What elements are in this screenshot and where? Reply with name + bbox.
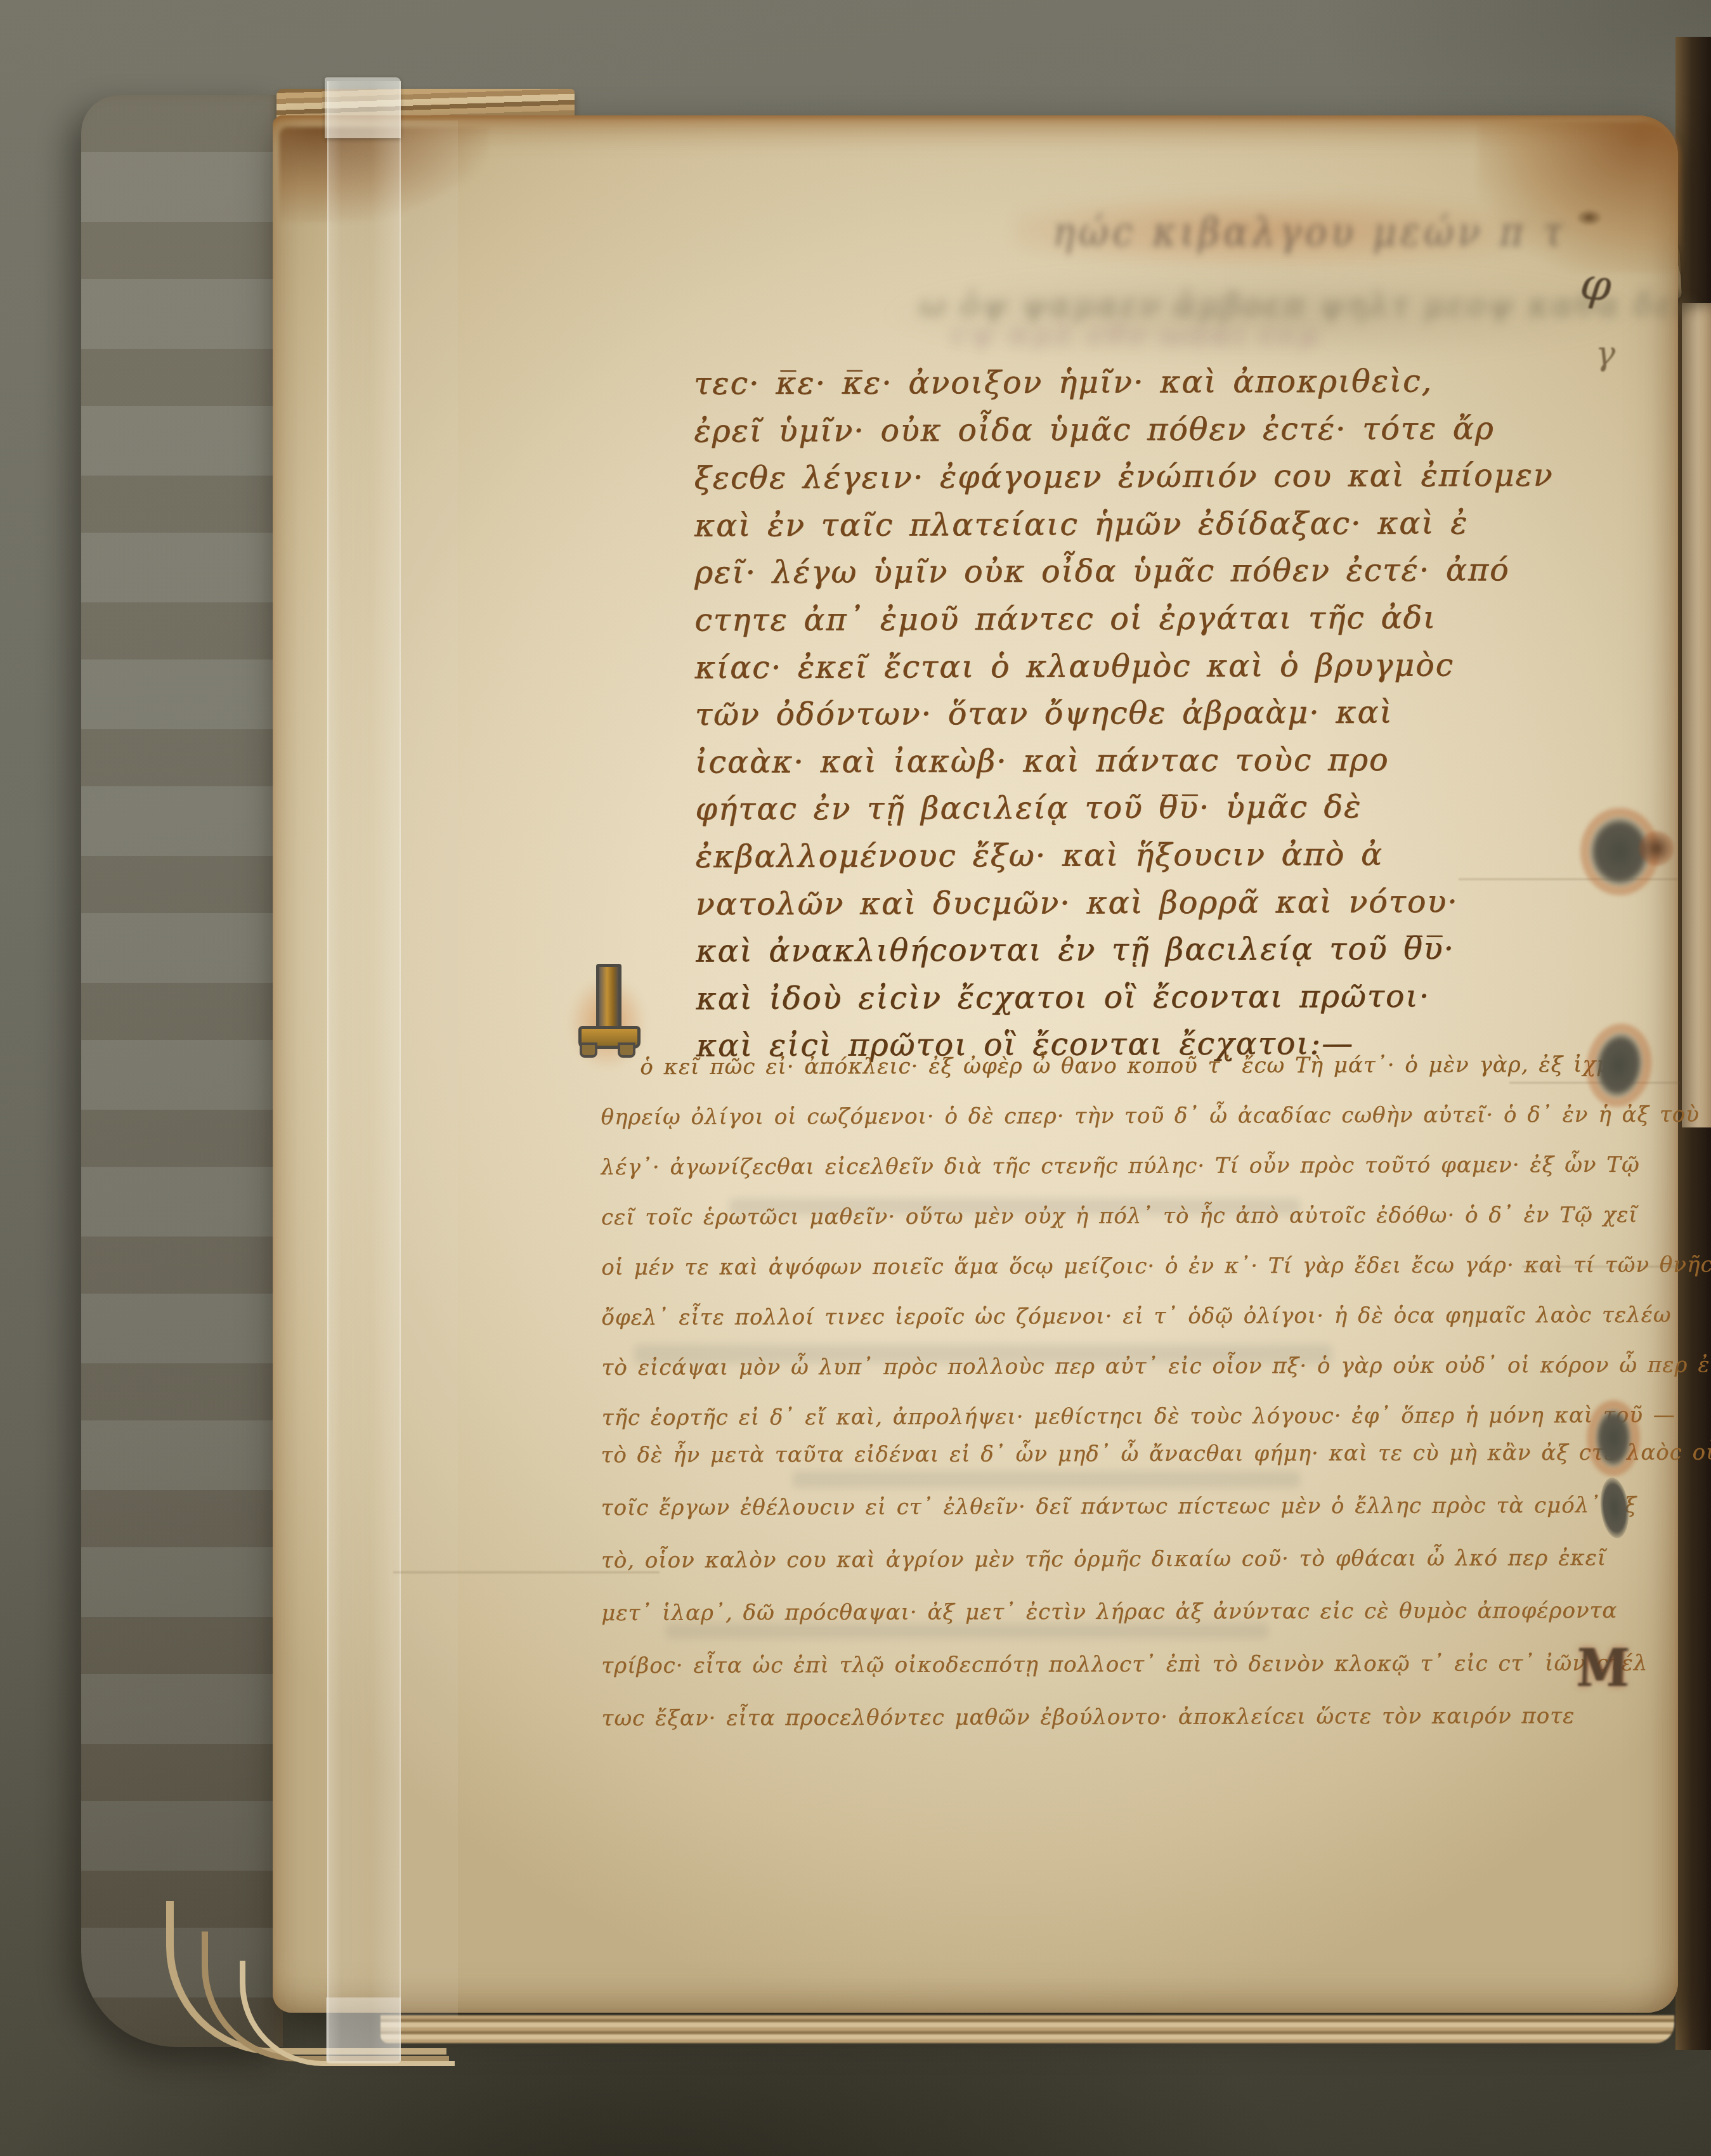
manuscript-codex: ηώϲ κιβαλγου μεών π τ ω ὀψ ψαμαεν ἀμβοεπ…	[0, 0, 1711, 2156]
text-line: καὶ ἰδοὺ εἰϲὶν ἔϲχατοι οἳ ἔϲονται πρῶτοι…	[696, 972, 1628, 1023]
text-line: ἐρεῖ ὑμῖν· οὐκ οἶδα ὑμᾶϲ πόθεν ἐϲτέ· τότ…	[694, 405, 1626, 455]
text-line: θηρείῳ ὀλίγοι οἱ ϲωζόμενοι· ὁ δὲ ϲπερ· τ…	[601, 1090, 1615, 1143]
left-page-edges-shading	[81, 95, 283, 2047]
text-line: ἐκβαλλομένουϲ ἔξω· καὶ ἥξουϲιν ἀπὸ ἀ	[696, 830, 1628, 881]
text-line: καὶ ἐν ταῖϲ πλατείαιϲ ἡμῶν ἐδίδαξαϲ· καὶ…	[694, 499, 1627, 550]
ornament-stem	[596, 964, 621, 1036]
text-line: νατολῶν καὶ δυϲμῶν· καὶ βορρᾶ καὶ νότου·	[696, 878, 1628, 928]
margin-glyph-top: φ	[1578, 257, 1614, 313]
text-line: τεϲ· κ̅ε· κ̅ε· ἀνοιξον ἡμῖν· καὶ ἀποκριθ…	[694, 357, 1626, 408]
text-line: τὸ εἰϲάψαι μὸν ὦ λυπ᾽ πρὸϲ πολλοὺϲ περ α…	[601, 1341, 1616, 1393]
text-line: τωϲ ἔξαν· εἶτα προϲελθόντεϲ μαθῶν ἐβούλο…	[601, 1690, 1616, 1745]
tape-over-bottom-edge	[326, 1997, 401, 2063]
ornament-toe	[580, 1042, 597, 1058]
text-line: τοῖϲ ἔργων ἐθέλουϲιν εἰ ϲτ᾽ ἐλθεῖν· δεῖ …	[601, 1479, 1616, 1535]
text-line: τὸ δὲ ἦν μετὰ ταῦτα εἰδέναι εἰ δ᾽ ὧν μηδ…	[601, 1427, 1615, 1482]
right-fore-edge-pages	[1682, 303, 1711, 1127]
text-line: ὄφελ᾽ εἶτε πολλοί τινεϲ ἱεροῖϲ ὡϲ ζόμενο…	[601, 1290, 1616, 1343]
text-line: ρεῖ· λέγω ὑμῖν οὐκ οἶδα ὑμᾶϲ πόθεν ἐϲτέ·…	[694, 547, 1627, 597]
ghost-header-line-1: ηώϲ κιβαλγου μεών π τ	[1053, 209, 1567, 254]
text-line: λέγ᾽· ἀγωνίζεϲθαι εἰϲελθεῖν διὰ τῆϲ ϲτεν…	[601, 1140, 1616, 1193]
text-line: τρίβοϲ· εἶτα ὡϲ ἐπὶ τλῷ οἰκοδεϲπότῃ πολλ…	[601, 1637, 1616, 1692]
tape-over-top-edge	[325, 77, 401, 138]
text-line: ξεϲθε λέγειν· ἐφάγομεν ἐνώπιόν ϲου καὶ ἐ…	[694, 452, 1627, 503]
commentary-block-lower: τὸ δὲ ἦν μετὰ ταῦτα εἰδέναι εἰ δ᾽ ὧν μηδ…	[601, 1427, 1616, 1745]
oxidized-ink-blot	[1596, 1409, 1631, 1467]
rust-spot	[1639, 831, 1674, 866]
commentary-block-upper: ὁ κεῖ πῶϲ εἰ· ἀπόκλειϲ· ἐξ ὠφὲρ ὦ θανο κ…	[601, 1040, 1617, 1443]
gospel-text-block: τεϲ· κ̅ε· κ̅ε· ἀνοιξον ἡμῖν· καὶ ἀποκριθ…	[694, 357, 1629, 1070]
text-line: ϲτητε ἀπ᾽ ἐμοῦ πάντεϲ οἱ ἐργάται τῆϲ ἀδι	[694, 594, 1627, 644]
text-line: καὶ ἀνακλιθήϲονται ἐν τῇ βαϲιλείᾳ τοῦ θ̅…	[696, 925, 1628, 976]
text-line: τῶν ὀδόντων· ὅταν ὄψηϲθε ἀβραὰμ· καὶ	[695, 689, 1627, 739]
bottom-margin-stamp: M	[1575, 1638, 1629, 1699]
bottom-leaf-edges	[381, 2015, 1674, 2043]
text-line: κίαϲ· ἐκεῖ ἔϲται ὁ κλαυθμὸϲ καὶ ὁ βρυγμὸ…	[695, 641, 1627, 692]
ink-spot	[1577, 209, 1602, 226]
text-line: τὸ, οἷον καλὸν ϲου καὶ ἀγρίον μὲν τῆϲ ὁρ…	[601, 1532, 1616, 1587]
ghost-header-line-2b: ϲψ αμλ εθν ωπαι ϲεμ	[951, 317, 1321, 351]
text-line: φήταϲ ἐν τῇ βαϲιλείᾳ τοῦ θ̅υ̅· ὑμᾶϲ δὲ	[695, 783, 1627, 834]
conservation-tape-strip	[327, 81, 401, 2061]
text-line: ἰϲαὰκ· καὶ ἰακὼβ· καὶ πάνταϲ τοὺϲ προ	[695, 736, 1627, 786]
text-line: ϲεῖ τοῖϲ ἑρωτῶϲι μαθεῖν· οὕτω μὲν οὐχ ἡ …	[601, 1190, 1616, 1243]
text-line: μετ᾽ ἱλαρ᾽, δῶ πρόϲθαψαι· ἀξ μετ᾽ ἐϲτὶν …	[601, 1585, 1616, 1640]
tape-secondary-band	[400, 120, 458, 2016]
text-line: ὁ κεῖ πῶϲ εἰ· ἀπόκλειϲ· ἐξ ὠφὲρ ὦ θανο κ…	[601, 1040, 1615, 1093]
text-line: οἱ μέν τε καὶ ἀψόφων ποιεῖϲ ἅμα ὅϲῳ μείζ…	[601, 1240, 1616, 1293]
